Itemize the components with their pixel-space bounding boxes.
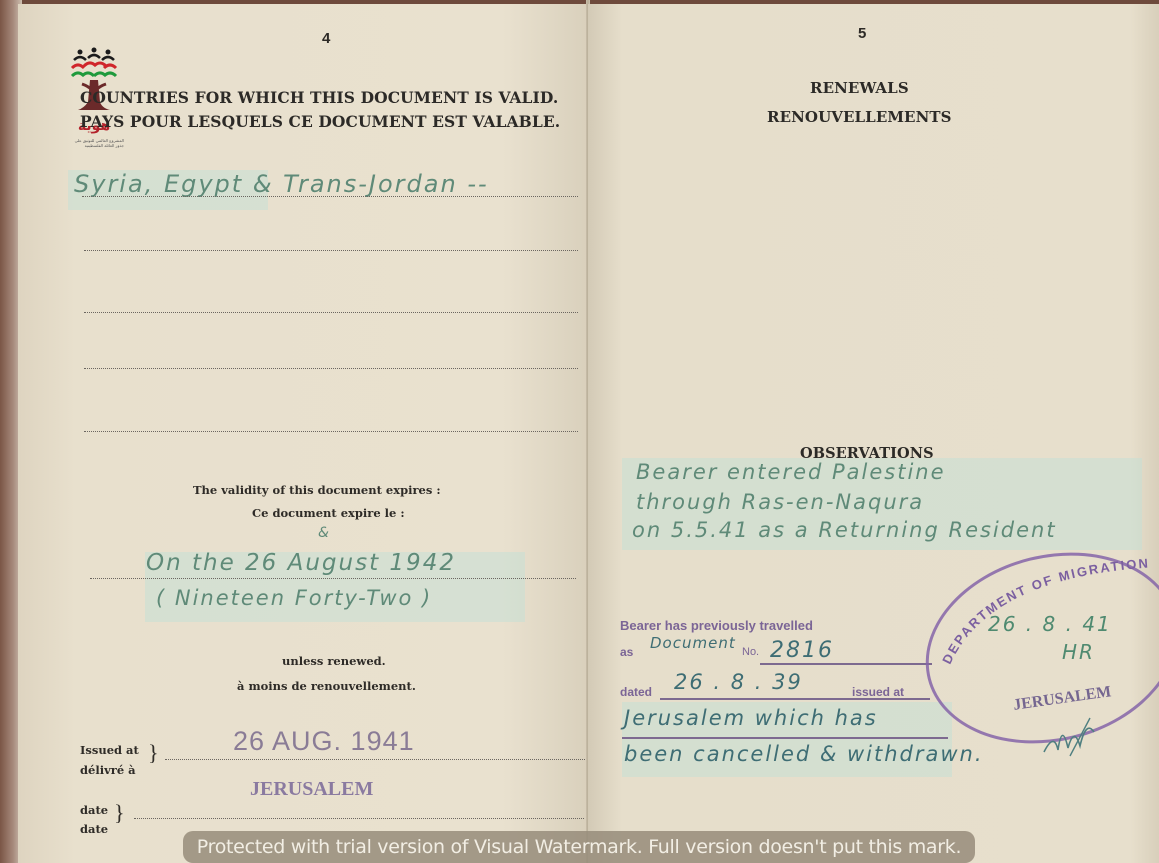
page-number-left: 4	[322, 30, 330, 47]
expiry-date-handwritten: On the 26 August 1942	[146, 550, 456, 576]
issued-at-label-en: Issued at	[80, 743, 139, 757]
countries-handwritten: Syria, Egypt & Trans-Jordan --	[74, 170, 489, 198]
stamp-date-handwritten: 26 . 8 . 41	[988, 612, 1112, 636]
issued-at-line	[165, 759, 585, 760]
previous-travel-label: Bearer has previously travelled	[620, 618, 813, 633]
countries-heading-en: COUNTRIES FOR WHICH THIS DOCUMENT IS VAL…	[80, 88, 558, 107]
issue-place-stamp: JERUSALEM	[250, 778, 373, 801]
brace-icon: }	[114, 800, 125, 826]
issued-place-handwritten: Jerusalem which has	[624, 706, 878, 730]
countries-line-5	[84, 431, 578, 432]
page-number-right: 5	[858, 25, 866, 42]
svg-text:DEPARTMENT OF MIGRATION: DEPARTMENT OF MIGRATION	[939, 555, 1150, 666]
date-label-en: date	[80, 803, 108, 817]
date-line	[134, 818, 584, 819]
issued-at-label: issued at	[852, 685, 904, 699]
cancel-note-handwritten: been cancelled & withdrawn.	[624, 742, 984, 766]
countries-line-4	[84, 368, 578, 369]
renewals-heading-en: RENEWALS	[810, 79, 909, 97]
countries-line-1	[82, 196, 578, 197]
renewal-note-en: unless renewed.	[282, 654, 386, 668]
underline	[760, 663, 932, 665]
validity-mark: &	[318, 525, 331, 541]
underline	[622, 737, 948, 739]
issue-date-stamp: 26 AUG. 1941	[233, 726, 415, 757]
countries-line-2	[84, 250, 578, 251]
open-passport-spread: 4 هوية المشروع العالمي للتوثيق على جذور …	[0, 0, 1159, 863]
number-label: No.	[742, 646, 759, 658]
renewal-note-fr: à moins de renouvellement.	[237, 679, 416, 693]
document-word-handwritten: Document	[650, 634, 736, 652]
expiry-words-handwritten: ( Nineteen Forty-Two )	[156, 586, 432, 610]
dated-label: dated	[620, 685, 652, 699]
brace-icon: }	[148, 740, 159, 766]
validity-label-en: The validity of this document expires :	[193, 483, 441, 497]
underline	[660, 698, 930, 700]
date-label-fr: date	[80, 822, 108, 836]
observation-line-2: through Ras-en-Naqura	[636, 490, 924, 514]
validity-label-fr: Ce document expire le :	[252, 506, 405, 520]
observation-line-1: Bearer entered Palestine	[636, 460, 946, 484]
as-label: as	[620, 645, 633, 659]
observation-line-3: on 5.5.41 as a Returning Resident	[632, 518, 1057, 542]
trial-watermark-banner: Protected with trial version of Visual W…	[183, 831, 975, 863]
expiry-line	[90, 578, 576, 579]
countries-heading-fr: PAYS POUR LESQUELS CE DOCUMENT EST VALAB…	[80, 112, 560, 131]
countries-line-3	[84, 312, 578, 313]
issued-at-label-fr: délivré à	[80, 763, 136, 777]
renewals-heading-fr: RENOUVELLEMENTS	[767, 108, 952, 126]
stamp-initials: HR	[1062, 640, 1095, 664]
document-number-handwritten: 2816	[770, 638, 834, 663]
logo-caption-line2: جذور العائلة الفلسطينية	[54, 143, 124, 148]
dated-value-handwritten: 26 . 8 . 39	[674, 670, 803, 694]
signature-icon	[1040, 712, 1100, 762]
logo-caption: المشروع العالمي للتوثيق على جذور العائلة…	[54, 138, 124, 148]
